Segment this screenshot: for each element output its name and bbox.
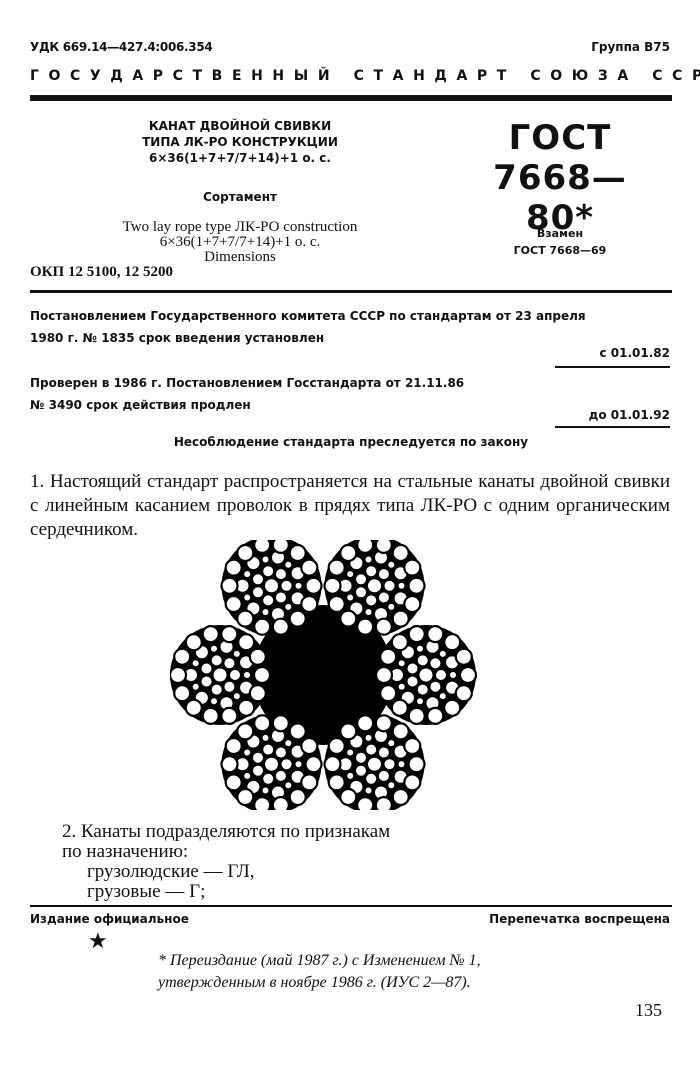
review-line-1: Проверен в 1986 г. Постановлением Госста… bbox=[30, 372, 672, 394]
replaces-standard: ГОСТ 7668—69 bbox=[460, 242, 660, 259]
reissue-note-line-2: утвержденным в ноябре 1986 г. (ИУС 2—87)… bbox=[158, 972, 481, 994]
state-standard-heading: ГОСУДАРСТВЕННЫЙ СТАНДАРТ СОЮЗА ССР bbox=[30, 68, 672, 84]
effective-date-block: с 01.01.82 bbox=[555, 346, 670, 368]
title-en-line-3: Dimensions bbox=[60, 250, 420, 265]
paragraph-2-line-1: 2. Канаты подразделяются по признакам bbox=[62, 822, 390, 842]
paragraph-2-line-2: по назначению: bbox=[62, 842, 390, 862]
replaces-block: Взамен ГОСТ 7668—69 bbox=[460, 225, 660, 259]
page-number: 135 bbox=[635, 1000, 662, 1021]
title-english: Two lay rope type ЛК-РО construction 6×3… bbox=[60, 220, 420, 265]
gost-designation: ГОСТ 7668—80* bbox=[460, 118, 660, 238]
footer-divider bbox=[30, 905, 672, 907]
title-russian: КАНАТ ДВОЙНОЙ СВИВКИ ТИПА ЛК-РО КОНСТРУК… bbox=[90, 118, 390, 166]
reissue-note: * Переиздание (май 1987 г.) с Изменением… bbox=[158, 950, 481, 994]
effective-date: с 01.01.82 bbox=[555, 346, 670, 360]
category-item-1: грузолюдские — ГЛ, bbox=[62, 862, 390, 882]
title-en-line-2: 6×36(1+7+7/7+14)+1 о. с. bbox=[60, 235, 420, 250]
title-divider bbox=[30, 290, 672, 293]
star-icon: ★ bbox=[88, 928, 108, 954]
gost-label: ГОСТ bbox=[460, 118, 660, 158]
paragraph-1: 1. Настоящий стандарт распространяется н… bbox=[30, 470, 670, 542]
rope-cross-section-icon bbox=[170, 540, 480, 810]
title-line-2: ТИПА ЛК-РО КОНСТРУКЦИИ bbox=[90, 134, 390, 150]
okp-code: ОКП 12 5100, 12 5200 bbox=[30, 264, 173, 281]
title-line-3: 6×36(1+7+7/7+14)+1 о. с. bbox=[90, 150, 390, 166]
until-date: до 01.01.92 bbox=[555, 408, 670, 422]
reissue-note-line-1: * Переиздание (май 1987 г.) с Изменением… bbox=[158, 950, 481, 972]
header-divider bbox=[30, 95, 672, 101]
paragraph-2: 2. Канаты подразделяются по признакам по… bbox=[62, 822, 390, 902]
decree-line-1: Постановлением Государственного комитета… bbox=[30, 305, 672, 327]
until-date-block: до 01.01.92 bbox=[555, 408, 670, 428]
until-date-underline bbox=[555, 426, 670, 428]
decree-block: Постановлением Государственного комитета… bbox=[30, 305, 672, 349]
category-item-2: грузовые — Г; bbox=[62, 882, 390, 902]
reprint-notice: Перепечатка воспрещена bbox=[489, 912, 670, 926]
edition-label: Издание официальное bbox=[30, 912, 189, 926]
group-code: Группа В75 bbox=[591, 40, 670, 54]
effective-date-underline bbox=[555, 366, 670, 368]
title-line-1: КАНАТ ДВОЙНОЙ СВИВКИ bbox=[90, 118, 390, 134]
udk-code: УДК 669.14—427.4:006.354 bbox=[30, 40, 212, 54]
legal-warning: Несоблюдение стандарта преследуется по з… bbox=[30, 435, 672, 449]
title-en-line-1: Two lay rope type ЛК-РО construction bbox=[60, 220, 420, 235]
sortament-label: Сортамент bbox=[90, 190, 390, 204]
replaces-label: Взамен bbox=[460, 225, 660, 242]
